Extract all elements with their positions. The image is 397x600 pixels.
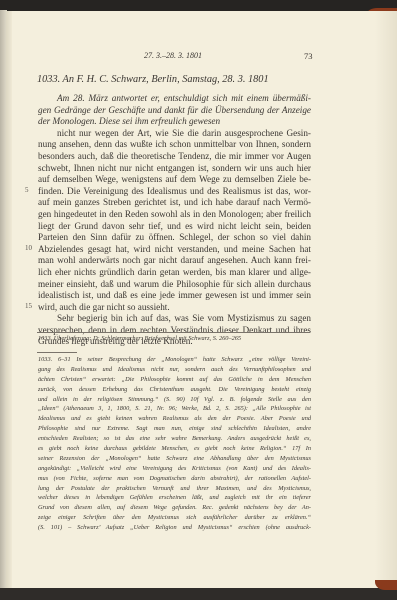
- body-line: nicht nur wegen der Art, wie Sie die dar…: [38, 128, 311, 140]
- note-line: 1033. 6–31 In seiner Besprechung der „Mo…: [38, 355, 311, 365]
- body-line: auf demselben Wege, wenigstens auf dem W…: [38, 174, 311, 186]
- note-line: zurück, von dessen Erhebung das Christen…: [38, 385, 311, 395]
- transmission-note: 1033. Überlieferung: D: Schleiermacher: …: [38, 335, 241, 342]
- note-line: zeige einiger Schriften über den Mystici…: [38, 513, 311, 523]
- commentary-notes: 1033. 6–31 In seiner Besprechung der „Mo…: [38, 355, 311, 533]
- note-line: „Ideen“ (Athenaeum 3, 1, 1800, S. 21, Nr…: [38, 404, 311, 414]
- body-line: Abzielendes gesagt hat, wird nicht verst…: [38, 244, 311, 256]
- summary-line: gen Gedränge der Geschäfte und dankt für…: [38, 105, 311, 117]
- body-line: gen hingedeutet in den Reden sowohl als …: [38, 209, 311, 221]
- body-line: idealistisch ist, und daß es eine jede i…: [38, 290, 311, 302]
- body-line: lich eher nichts gründlich darin getan w…: [38, 267, 311, 279]
- body-line: Sehr begierig bin ich auf das, was Sie v…: [38, 313, 311, 325]
- body-line: finden. Die Vereinigung des Idealismus u…: [38, 186, 311, 198]
- note-line: Idealismus und es giebt keinen wahren Re…: [38, 414, 311, 424]
- body-line: schwebt, Ihnen nicht nur nicht entgangen…: [38, 163, 311, 175]
- note-line: ächten Christen“ erwartet: „Die Philosop…: [38, 375, 311, 385]
- note-line: und allein in der religiösen Stimmung.“ …: [38, 395, 311, 405]
- body-line: meiner einsieht, daß und warum die Philo…: [38, 279, 311, 291]
- note-line: welcher dieses in lebendigen Gefühlen er…: [38, 493, 311, 503]
- letter-title: 1033. An F. H. C. Schwarz, Berlin, Samst…: [37, 74, 269, 85]
- short-divider: [37, 352, 77, 353]
- body-line: liegt der Grund davon sehr tief, und es …: [38, 221, 311, 233]
- line-number: 10: [25, 244, 32, 252]
- note-line: (S. 101) – Schwarz’ Aufsatz „Ueber Relig…: [38, 523, 311, 533]
- note-line: mus (von Fichte, soferne man vom Dogmati…: [38, 474, 311, 484]
- body-line: wird, auch die gar nicht so aussieht.: [38, 302, 311, 314]
- body-line: besonders auch, daß die theoretische Ten…: [38, 151, 311, 163]
- body-line: Parteien den Sinn dafür zu öffnen. Schle…: [38, 232, 311, 244]
- running-head: 27. 3.–28. 3. 1801: [144, 51, 202, 60]
- summary-line: Am 28. März antwortet er, entschuldigt s…: [38, 93, 311, 105]
- body-line: man wohl anderwärts noch gar nicht darau…: [38, 255, 311, 267]
- note-line: lung der Postulate der praktischen Vernu…: [38, 484, 311, 494]
- note-line: seiner Rezension der „Monologen“ hatte S…: [38, 454, 311, 464]
- note-line: es giebt noch keine durchaus gebildete M…: [38, 444, 311, 454]
- line-number: 15: [25, 302, 32, 310]
- line-number: 5: [25, 186, 29, 194]
- note-line: Grund von diesem allen, auf diesem Wege …: [38, 503, 311, 513]
- book-cover-edge: [375, 580, 397, 590]
- note-line: angekündigt: „Vielleicht wird eine Verei…: [38, 464, 311, 474]
- footnote-divider: [37, 332, 310, 333]
- note-line: Philosophie sind nur Extreme. Sagt man n…: [38, 424, 311, 434]
- book-bottom-edge: [0, 588, 397, 600]
- body-line: auf mein ganzes Streben gerichtet ist, u…: [38, 197, 311, 209]
- page-number: 73: [304, 51, 313, 61]
- body-line: nung ansehen, denn das wußte ich schon u…: [38, 139, 311, 151]
- letter-body: Am 28. März antwortet er, entschuldigt s…: [38, 93, 311, 348]
- summary-line: der Monologen. Diese sei ihm erfreulich …: [38, 116, 311, 128]
- note-line: gung des Realismus und Idealismus nicht …: [38, 365, 311, 375]
- note-line: entschieden Realisten; so ist das eine s…: [38, 434, 311, 444]
